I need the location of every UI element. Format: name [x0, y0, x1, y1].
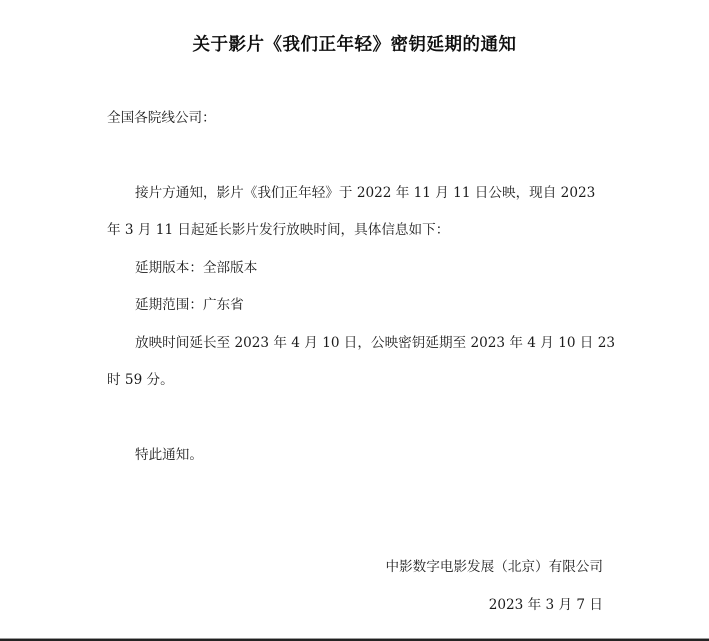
extension-scope: 延期范围：广东省: [135, 296, 244, 314]
paragraph-1-line-2: 年 3 月 11 日起延长影片发行放映时间，具体信息如下：: [107, 221, 449, 239]
extension-version: 延期版本：全部版本: [135, 259, 257, 277]
salutation: 全国各院线公司：: [107, 109, 216, 127]
document-title: 关于影片《我们正年轻》密钥延期的通知: [0, 31, 709, 56]
paragraph-1-line-1: 接片方通知，影片《我们正年轻》于 2022 年 11 月 11 日公映，现自 2…: [135, 184, 595, 202]
document-page: 关于影片《我们正年轻》密钥延期的通知 全国各院线公司： 接片方通知，影片《我们正…: [0, 0, 709, 638]
signature-date: 2023 年 3 月 7 日: [489, 596, 603, 614]
closing-remark: 特此通知。: [135, 446, 203, 464]
signature-organization: 中影数字电影发展（北京）有限公司: [386, 558, 604, 576]
paragraph-2-line-1: 放映时间延长至 2023 年 4 月 10 日，公映密钥延期至 2023 年 4…: [135, 334, 615, 352]
paragraph-2-line-2: 时 59 分。: [107, 371, 174, 389]
